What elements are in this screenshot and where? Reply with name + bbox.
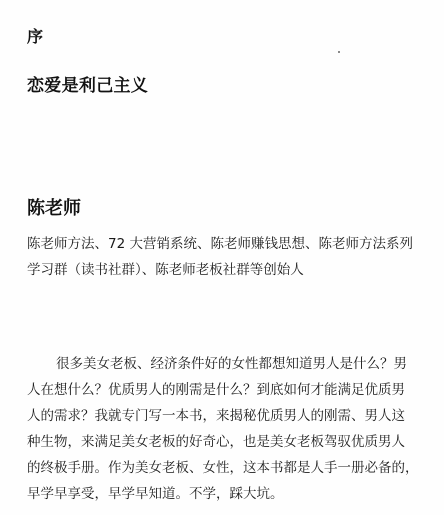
intro-paragraph: 很多美女老板、经济条件好的女性都想知道男人是什么？男 人在想什么？优质男人的刚需…	[27, 351, 412, 507]
author-bio-line: 陈老师方法、72 大营销系统、陈老师赚钱思想、陈老师方法系列	[27, 231, 412, 257]
document-page: 序 恋爱是利己主义 陈老师 陈老师方法、72 大营销系统、陈老师赚钱思想、陈老师…	[0, 0, 444, 515]
paragraph-line: 早学早享受，早学早知道。不学，踩大坑。	[27, 481, 412, 507]
author-name: 陈老师	[27, 198, 81, 220]
author-bio: 陈老师方法、72 大营销系统、陈老师赚钱思想、陈老师方法系列 学习群（读书社群）…	[27, 231, 412, 283]
paragraph-line: 种生物，来满足美女老板的好奇心，也是美女老板驾驭优质男人	[27, 429, 412, 455]
author-bio-line: 学习群（读书社群）、陈老师老板社群等创始人	[27, 257, 412, 283]
chapter-title: 恋爱是利己主义	[27, 76, 148, 96]
section-label: 序	[27, 27, 43, 47]
paragraph-line: 人的需求？我就专门写一本书，来揭秘优质男人的刚需、男人这	[27, 403, 412, 429]
paragraph-line: 的终极手册。作为美女老板、女性，这本书都是人手一册必备的，	[27, 455, 412, 481]
paragraph-line: 很多美女老板、经济条件好的女性都想知道男人是什么？男	[27, 351, 412, 377]
paragraph-line: 人在想什么？优质男人的刚需是什么？到底如何才能满足优质男	[27, 377, 412, 403]
scan-artifact	[338, 51, 340, 53]
